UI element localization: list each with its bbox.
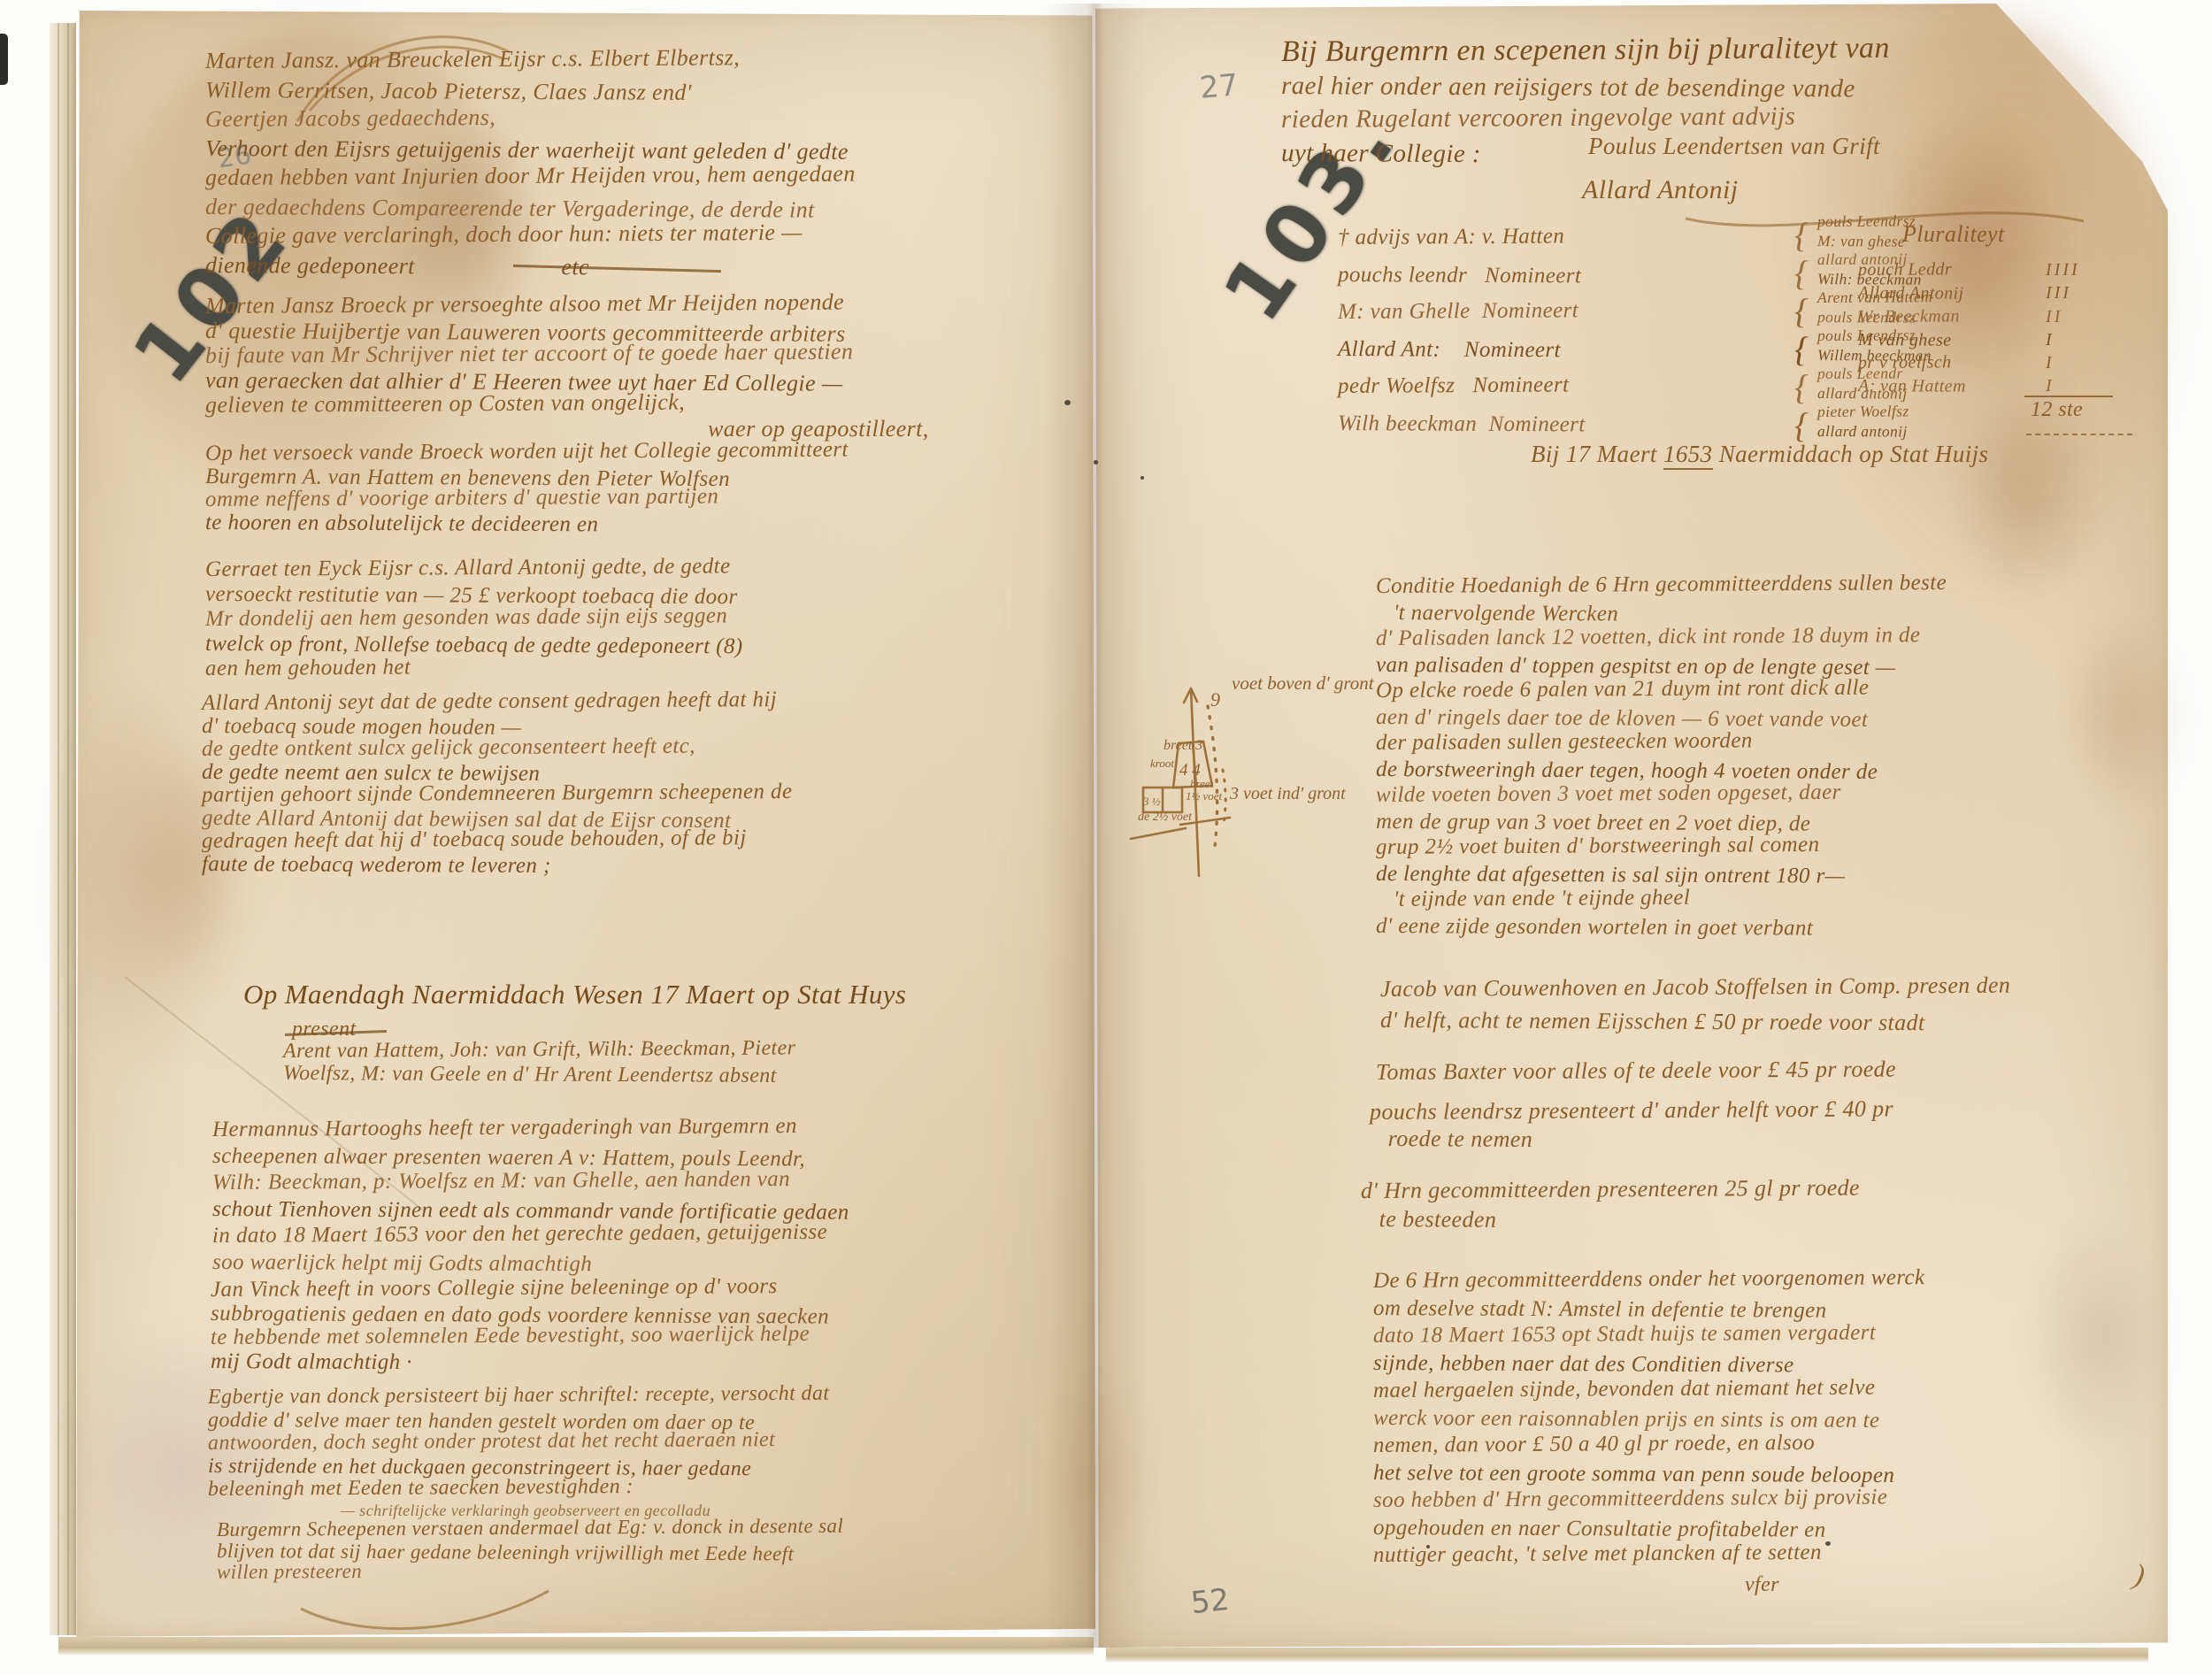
entry-teneyck: Gerraet ten Eyck Eijsr c.s. Allard Anton… [205,557,1086,681]
bid-baxter: Tomas Baxter voor alles of te deele voor… [1376,1058,2172,1087]
date-prefix: Bij 17 Maert [1531,441,1663,467]
handwritten-line: de gedte ontkent sulcx gelijck geconsent… [202,733,1100,761]
handwritten-line: Burgemrn Scheepenen verstaen andermael d… [217,1514,1115,1541]
handwritten-line: I [2046,374,2108,398]
header-name-grift: Poulus Leendertsen van Grift [1588,133,1880,160]
handwritten-line: † advijs van A: v. Hatten [1338,217,1798,257]
handwritten-line: mael hergaelen sijnde, bevonden dat niem… [1373,1372,2187,1404]
handwritten-line: roede te nemen [1370,1126,2166,1156]
handwritten-line: Hermannus Hartooghs heeft ter vergaderin… [212,1111,1102,1143]
handwritten-line: nuttiger geacht, 't selve met plancken a… [1373,1536,2187,1569]
handwritten-line: I [2046,351,2108,375]
handwritten-line: Allard Antonij [1858,281,2044,305]
catchword: vfer [1745,1573,1779,1597]
scan-artifact [0,34,8,85]
handwritten-line: te besteeden [1361,1205,2157,1238]
handwritten-line: beleeningh met Eeden te saecken bevestig… [208,1472,1110,1501]
handwritten-line: dienende gedeponeert etc [205,250,1081,284]
handwritten-line: Woelfsz, M: van Geele en d' Hr Arent Lee… [283,1063,1106,1089]
pencil-folio-small-right: 27 [1198,67,1240,106]
handwritten-line: nemen, dan voor £ 50 a 40 gl pr roede, e… [1373,1426,2187,1459]
handwritten-line: grup 2½ voet buiten d' borstweeringh sal… [1376,830,2172,861]
handwritten-line: Op het versoeck vande Broeck worden uijt… [205,437,1090,465]
handwritten-line: gedaen hebben vant Injurien door Mr Heij… [205,158,1081,192]
manuscript-scan: { "palette": { "ink": "#8a5c28", "ink_da… [0,0,2212,1675]
handwritten-line: Conditie Hoedanigh de 6 Hrn gecommitteer… [1376,569,2172,600]
bid-gecommitteerden: d' Hrn gecommitteerden presenteeren 25 g… [1361,1177,2157,1233]
handwritten-line: d' helft, acht te nemen Eijsschen £ 50 p… [1380,1004,2177,1040]
sketch-label-box: 3 ½ [1143,795,1161,809]
bid-leendrsz: pouchs leendrsz presenteert d' ander hel… [1370,1099,2166,1152]
sketch-label-anderhalf: 1½ voet [1186,789,1222,803]
sketch-label-bottom: 3 voet ind' gront [1230,784,1346,804]
nominations-left-column: † advijs van A: v. Hattenpouchs leendr N… [1338,219,1798,442]
entry-broeck: Marten Jansz Broeck pr versoeghte alsoo … [205,294,1081,418]
handwritten-line: Geertjen Jacobs gedaechdens, [205,99,1081,134]
bid-couwenhoven: Jacob van Couwenhoven en Jacob Stoffelse… [1380,973,2177,1035]
entry-breukelen: Marten Jansz. van Breuckelen Eijsr c.s. … [205,46,1081,280]
handwritten-line: partijen gehoort sijnde Condemneeren Bur… [202,779,1100,807]
date-suffix: Naermiddach op Stat Huijs [1713,441,1989,467]
date-year: 1653 [1663,441,1713,470]
handwritten-line: pouch Leddr [1858,257,2044,282]
handwritten-line: A: van Hattem [1858,374,2044,398]
handwritten-line: der palisaden sullen gesteecken woorden [1376,726,2172,757]
handwritten-line: II [2046,304,2108,328]
left-page-deckle-edge [50,23,76,1635]
handwritten-line: Bij Burgemrn en scepenen sijn bij plural… [1281,30,2157,69]
handwritten-line: Mr dondelij aen hem gesonden was dade si… [205,602,1086,632]
handwritten-line: Collegie gave verclaringh, doch door hun… [205,216,1081,250]
entry-hartooghs: Hermannus Hartooghs heeft ter vergaderin… [212,1117,1102,1276]
handwritten-line: M van ghese [1858,328,2044,352]
handwritten-line: d' Hrn gecommitteerden presenteeren 25 g… [1361,1172,2157,1205]
tally-total: 12 ste [2031,398,2083,422]
handwritten-line: Egbertje van donck persisteert bij haer … [208,1380,1110,1409]
handwritten-line: aen hem gehouden het [205,651,1086,681]
sketch-label-top: voet boven d' gront [1232,672,1374,695]
conditie-specifications: Conditie Hoedanigh de 6 Hrn gecommitteer… [1376,573,2172,939]
handwritten-line: in dato 18 Maert 1653 voor den het gerec… [212,1218,1102,1249]
handwritten-line: Wr Beeckman [1858,303,2044,328]
handwritten-line: pouchs leendrsz presenteert d' ander hel… [1370,1095,2166,1126]
handwritten-line: Op elcke roede 6 palen van 21 duym int r… [1376,673,2172,704]
pluraliteyt-names: pouch LeddrAllard AntonijWr BeeckmanM va… [1858,258,2044,398]
handwritten-line: faute de toebacq wederom te leveren ; [202,853,1100,880]
handwritten-line: Allard Antonij seyt dat de gedte consent… [202,687,1100,715]
handwritten-line: I [2046,328,2108,352]
sketch-label-breet: breet 3 [1164,738,1202,754]
handwritten-line: gelieven te committeeren op Costen van o… [205,388,1081,418]
handwritten-line: Wilh beeckman Nomineert [1338,405,1798,445]
pluraliteyt-title: Pluraliteyt [1902,221,2005,248]
handwritten-line: Arent van Hattem, Joh: van Grift, Wilh: … [283,1035,1106,1063]
handwritten-line: te hooren en absolutelijck te decideeren… [205,511,1090,539]
pencil-page-number-bottom: 52 [1189,1582,1231,1621]
right-page-bottom-edge [1106,1648,2148,1662]
left-page-bottom-edge [58,1637,1094,1655]
entry-allard-antonij: Allard Antonij seyt dat de gedte consent… [202,692,1100,876]
handwritten-line: allard antonij [1817,422,2083,442]
handwritten-line: antwoorden, doch seght onder protest dat… [208,1426,1110,1455]
pluraliteyt-tally-marks: IIIIIIIIIIII [2046,258,2108,398]
entry-versoeck: Op het versoeck vande Broeck worden uijt… [205,442,1090,534]
handwritten-line: pr v roelfsch [1858,350,2044,375]
handwritten-line: De 6 Hrn gecommitteerddens onder het voo… [1373,1262,2187,1295]
handwritten-line: Jacob van Couwenhoven en Jacob Stoffelse… [1380,969,2177,1004]
ink-speck [1094,460,1098,465]
handwritten-line: bij faute van Mr Schrijver niet ter acco… [205,338,1081,368]
handwritten-line: rieden Rugelant vercooren ingevolge vant… [1281,97,2157,136]
handwritten-line: omme neffens d' voorige arbiters d' ques… [205,483,1090,511]
handwritten-line: Gerraet ten Eyck Eijsr c.s. Allard Anton… [205,552,1086,582]
handwritten-line: wilde voeten boven 3 voet met soden opge… [1376,778,2172,809]
session-heading: Op Maendagh Naermiddach Wesen 17 Maert o… [243,979,906,1010]
handwritten-line: dato 18 Maert 1653 opt Stadt huijs te sa… [1373,1317,2187,1349]
present-label: present [292,1018,357,1041]
handwritten-line: mij Godt almachtigh · [211,1349,1104,1378]
handwritten-line: Jan Vinck heeft in voors Collegie sijne … [211,1272,1104,1302]
palisade-sketch [1134,665,1409,887]
sketch-label-debox: de 2½ voet [1138,811,1192,825]
entry-donck: Egbertje van donck persisteert bij haer … [208,1386,1110,1501]
ink-speck [1141,476,1144,480]
resolution-entry: De 6 Hrn gecommitteerddens onder het voo… [1373,1267,2187,1569]
handwritten-line: Marten Jansz Broeck pr versoeghte alsoo … [205,288,1081,319]
session-attendees: Arent van Hattem, Joh: van Grift, Wilh: … [283,1041,1106,1085]
handwritten-line: pedr Woelfsz Nomineert [1338,365,1798,405]
sketch-label-nine: 9 [1210,688,1220,711]
handwritten-line: pouchs leendr Nomineert [1338,257,1798,296]
handwritten-line: Allard Ant: Nomineert [1338,331,1798,371]
handwritten-line: III [2046,281,2108,305]
session-date-line: Bij 17 Maert 1653 Naermiddach op Stat Hu… [1531,441,1988,468]
entry-vinck: Jan Vinck heeft in voors Collegie sijne … [211,1278,1104,1373]
ink-flourish [292,1573,557,1644]
handwritten-line: M: van Ghelle Nomineert [1338,291,1798,331]
handwritten-line: te hebbende met solemnelen Eede bevestig… [211,1320,1104,1349]
handwritten-line: Tomas Baxter voor alles of te deele voor… [1376,1054,2172,1087]
sketch-label-kroon: kroot [1150,757,1174,771]
handwritten-line: d' eene zijde gesonden wortelen in goet … [1376,913,2172,943]
handwritten-line: Wilh: Beeckman, p: Woelfsz en M: van Ghe… [212,1164,1102,1196]
handwritten-line: IIII [2046,258,2108,282]
handwritten-line: Marten Jansz. van Breuckelen Eijsr c.s. … [205,41,1081,75]
handwritten-line: 't eijnde van ende 't eijnde gheel [1376,882,2172,913]
handwritten-line: soo hebben d' Hrn gecommitteerddens sulc… [1373,1481,2187,1514]
handwritten-line: d' Palisaden lanck 12 voetten, dick int … [1376,621,2172,652]
handwritten-line: gedragen heeft dat hij d' toebacq soude … [202,825,1100,853]
